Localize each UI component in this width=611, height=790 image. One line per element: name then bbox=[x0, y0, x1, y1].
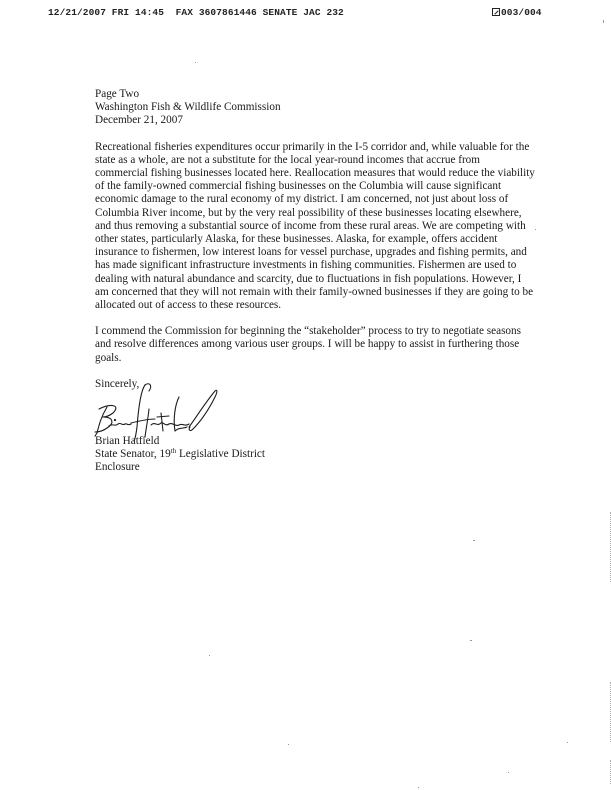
fax-transmission-header: 12/21/2007 FRI 14:45 FAX 3607861446 SENA… bbox=[48, 7, 588, 19]
scan-speck bbox=[418, 787, 419, 788]
fax-header-info: 12/21/2007 FRI 14:45 FAX 3607861446 SENA… bbox=[48, 7, 344, 18]
recipient: Washington Fish & Wildlife Commission bbox=[95, 101, 535, 114]
fax-page-icon bbox=[492, 8, 500, 16]
scan-speck bbox=[195, 62, 196, 63]
scan-speck bbox=[473, 540, 475, 541]
scan-speck bbox=[209, 655, 210, 656]
scan-speck bbox=[470, 640, 472, 641]
signer-title-prefix: State Senator, 19 bbox=[95, 448, 171, 460]
scan-speck bbox=[288, 744, 289, 745]
scan-speck bbox=[508, 772, 509, 773]
enclosure-note: Enclosure bbox=[95, 461, 535, 474]
scan-speck bbox=[535, 229, 536, 230]
signature-area bbox=[95, 391, 535, 435]
signer-name: Brian Hatfield bbox=[95, 435, 535, 448]
signer-title-suffix: Legislative District bbox=[176, 448, 265, 460]
letter-heading: Page Two Washington Fish & Wildlife Comm… bbox=[95, 88, 535, 128]
scan-speck bbox=[567, 742, 568, 743]
signer-title: State Senator, 19th Legislative District bbox=[95, 448, 535, 461]
page-label: Page Two bbox=[95, 88, 535, 101]
paragraph-1: Recreational fisheries expenditures occu… bbox=[95, 141, 535, 313]
scan-speck bbox=[603, 20, 604, 23]
fax-page-counter: 003/004 bbox=[501, 7, 542, 18]
letter-body: Page Two Washington Fish & Wildlife Comm… bbox=[95, 88, 535, 475]
letter-date: December 21, 2007 bbox=[95, 114, 535, 127]
paragraph-2: I commend the Commission for beginning t… bbox=[95, 325, 535, 365]
fax-page-counter-group: 003/004 bbox=[492, 7, 542, 18]
